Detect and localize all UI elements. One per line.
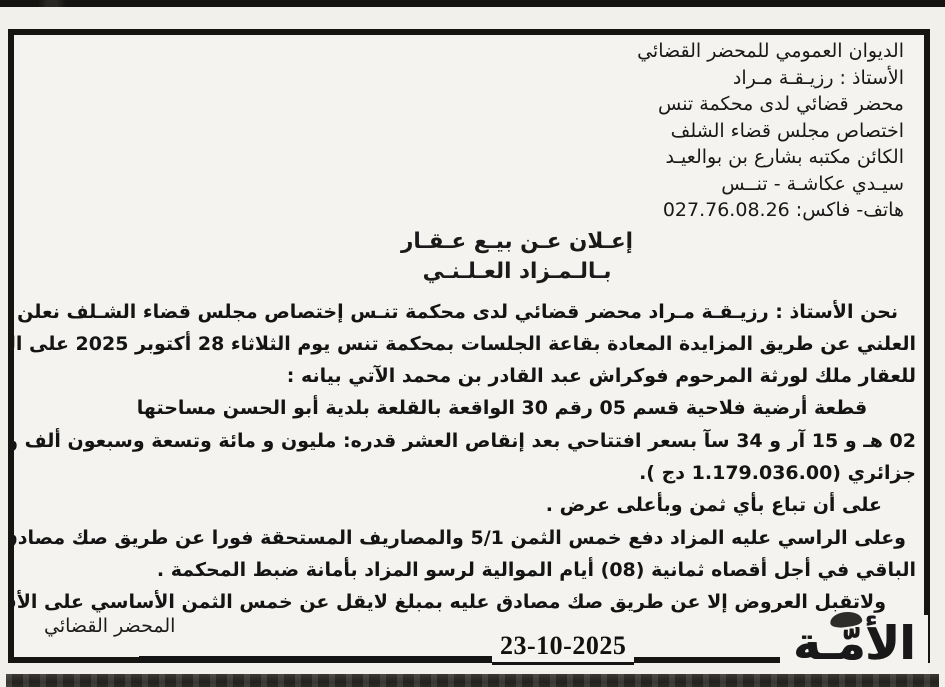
jurisdiction: اختصاص مجلس قضاء الشلف [14, 118, 904, 145]
bailiff-role: محضر قضائي لدى محكمة تنس [14, 91, 904, 118]
notice-title: إعـلان عـن بيـع عـقـار بـالـمـزاد العـلـ… [62, 227, 945, 287]
body-line-area-price: 02 هـ و 15 آر و 34 سآ بسعر افتتاحي بعد إ… [28, 425, 916, 457]
page-top-edge [0, 0, 945, 7]
body-line: على أن تباع بأي ثمن وبأعلى عرض . [28, 489, 916, 521]
office-address-line1: الكائن مكتبه بشارع بن بوالعيـد [14, 144, 904, 171]
notice-body: نحن الأستاذ : رزيـقـة مـراد محضر قضائي ل… [14, 296, 924, 619]
notice-title-line1: إعـلان عـن بيـع عـقـار [62, 227, 945, 257]
body-line: وعلى الراسي عليه المزاد دفع خمس الثمن 5/… [28, 522, 916, 554]
body-line: الباقي في أجل أقصاه ثمانية (08) أيام الم… [28, 554, 916, 586]
body-line: نحن الأستاذ : رزيـقـة مـراد محضر قضائي ل… [28, 296, 916, 328]
office-address-line2: سيـدي عكاشـة - تنــس [14, 171, 904, 198]
notice-title-line2: بـالـمـزاد العـلـنـي [62, 257, 945, 287]
phone-fax: هاتف- فاكس: 027.76.08.26 [14, 197, 904, 224]
publication-date: 23-10-2025 [492, 631, 634, 665]
body-line: العلني عن طريق المزايدة المعادة بقاعة ال… [28, 328, 916, 360]
bailiff-name: الأستاذ : رزيـقـة مـراد [14, 65, 904, 92]
body-line: ولاتقبل العروض إلا عن طريق صك مصادق عليه… [28, 586, 916, 618]
body-line-amount: جزائري (1.179.036.00 دج ). [28, 457, 916, 489]
newspaper-logo: الأمّـة [780, 615, 928, 683]
office-name: الديوان العمومي للمحضر القضائي [14, 38, 904, 65]
body-line-property-description: قطعة أرضية فلاحية قسم 05 رقم 30 الواقعة … [28, 392, 916, 424]
office-header: الديوان العمومي للمحضر القضائي الأستاذ :… [14, 35, 924, 224]
scanned-legal-notice-page: { "colors": { "paper": "#f4f3ef", "ink":… [0, 0, 945, 687]
divider-bar [139, 656, 494, 663]
next-section-edge [6, 674, 939, 687]
notice-frame: الديوان العمومي للمحضر القضائي الأستاذ :… [8, 29, 930, 663]
body-line: للعقار ملك لورثة المرحوم فوكراش عبد القا… [28, 360, 916, 392]
